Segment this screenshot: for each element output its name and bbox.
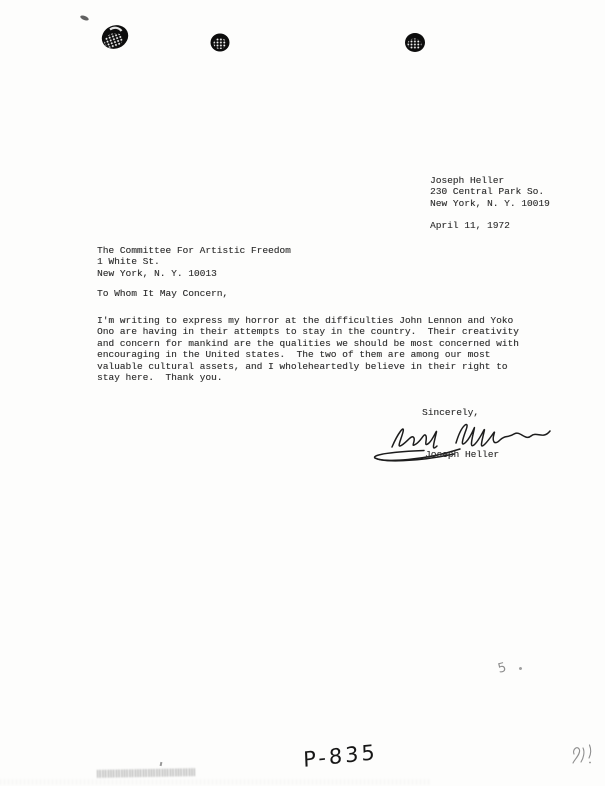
illegible-stamp-smudge: [97, 768, 195, 778]
closing-line: Sincerely,: [422, 407, 479, 418]
scan-speck-mark: [160, 762, 163, 766]
typed-signature-name: Joseph Heller: [425, 449, 499, 460]
hole-punch-mark-icon: [403, 31, 427, 60]
corner-scribble-mark: [567, 741, 597, 774]
hole-punch-mark-icon: [99, 23, 131, 58]
hole-punch-mark-icon: [209, 32, 231, 59]
handwritten-page-number: P-835: [303, 740, 378, 772]
letter-body: I'm writing to express my horror at the …: [97, 315, 547, 383]
pencil-dot-mark: [519, 667, 523, 671]
sender-address-block: Joseph Heller 230 Central Park So. New Y…: [430, 175, 550, 209]
recipient-address-block: The Committee For Artistic Freedom 1 Whi…: [97, 245, 291, 279]
pencil-corner-mark: 5: [496, 660, 508, 677]
scan-edge-noise: [0, 779, 430, 785]
letter-date: April 11, 1972: [430, 220, 510, 231]
salutation: To Whom It May Concern,: [97, 288, 228, 299]
scanned-letter-page: Joseph Heller 230 Central Park So. New Y…: [0, 0, 605, 786]
handwritten-signature: [368, 418, 556, 469]
scan-speck-mark: [80, 14, 90, 21]
